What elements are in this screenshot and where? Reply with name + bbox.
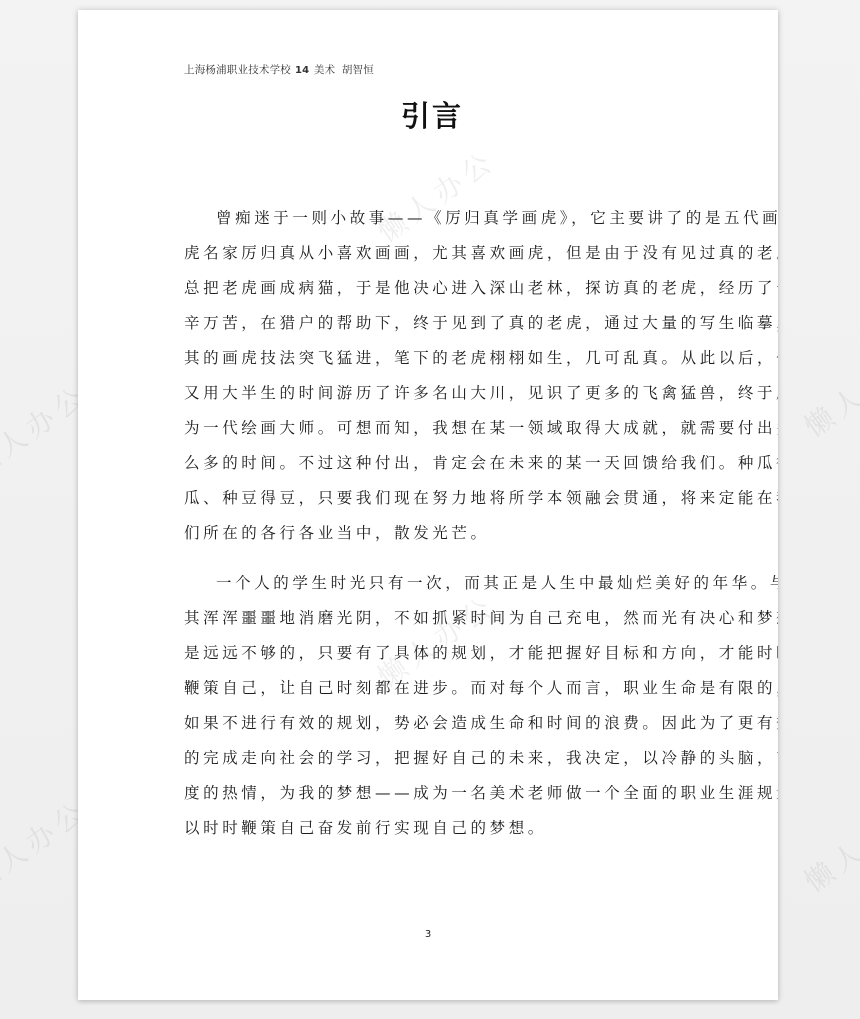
text-line: 是远远不够的，只要有了具体的规划，才能把握好目标和方向，才能时时	[184, 640, 674, 675]
text-line: 鞭策自己，让自己时刻都在进步。而对每个人而言，职业生命是有限的，	[184, 675, 674, 710]
text-line: 的完成走向社会的学习，把握好自己的未来，我决定，以冷静的头脑，高	[184, 745, 674, 780]
header-class-number: 14	[295, 65, 309, 76]
page-number: 3	[78, 929, 778, 940]
text-line: 辛万苦，在猎户的帮助下，终于见到了真的老虎，通过大量的写生临摹，	[184, 310, 674, 345]
text-line: 总把老虎画成病猫，于是他决心进入深山老林，探访真的老虎，经历了千	[184, 275, 674, 310]
watermark: 懒人办公	[796, 790, 860, 901]
text-line: 们所在的各行各业当中，散发光芒。	[184, 520, 674, 555]
header-school: 上海杨浦职业技术学校	[184, 64, 291, 76]
text-line: 以时时鞭策自己奋发前行实现自己的梦想。	[184, 815, 674, 850]
page-title: 引言	[78, 94, 778, 135]
page-header: 上海杨浦职业技术学校14 美术 胡智恒	[184, 62, 374, 77]
document-page: 上海杨浦职业技术学校14 美术 胡智恒 引言 懒人办公 懒人办公 曾痴迷于一则小…	[78, 10, 778, 1000]
text-line: 如果不进行有效的规划，势必会造成生命和时间的浪费。因此为了更有效	[184, 710, 674, 745]
document-body: 曾痴迷于一则小故事——《厉归真学画虎》，它主要讲了的是五代画 虎名家厉归真从小喜…	[184, 205, 674, 850]
header-major: 美术	[314, 64, 335, 76]
text-line: 其的画虎技法突飞猛进，笔下的老虎栩栩如生，几可乱真。从此以后，他	[184, 345, 674, 380]
text-line: 度的热情，为我的梦想——成为一名美术老师做一个全面的职业生涯规划，	[184, 780, 674, 815]
text-line: 为一代绘画大师。可想而知，我想在某一领域取得大成就，就需要付出多	[184, 415, 674, 450]
text-line: 曾痴迷于一则小故事——《厉归真学画虎》，它主要讲了的是五代画	[184, 205, 674, 240]
text-line: 一个人的学生时光只有一次，而其正是人生中最灿烂美好的年华。与	[184, 570, 674, 605]
header-author: 胡智恒	[342, 64, 374, 76]
paragraph: 曾痴迷于一则小故事——《厉归真学画虎》，它主要讲了的是五代画 虎名家厉归真从小喜…	[184, 205, 674, 555]
document-viewer: 懒人办公 懒人办公 懒人办公 懒人办公 上海杨浦职业技术学校14 美术 胡智恒 …	[0, 0, 860, 1019]
text-line: 又用大半生的时间游历了许多名山大川，见识了更多的飞禽猛兽，终于成	[184, 380, 674, 415]
text-line: 瓜、种豆得豆，只要我们现在努力地将所学本领融会贯通，将来定能在我	[184, 485, 674, 520]
text-line: 么多的时间。不过这种付出，肯定会在未来的某一天回馈给我们。种瓜得	[184, 450, 674, 485]
paragraph: 一个人的学生时光只有一次，而其正是人生中最灿烂美好的年华。与 其浑浑噩噩地消磨光…	[184, 570, 674, 850]
watermark: 懒人办公	[796, 335, 860, 446]
text-line: 其浑浑噩噩地消磨光阴，不如抓紧时间为自己充电，然而光有决心和梦想	[184, 605, 674, 640]
text-line: 虎名家厉归真从小喜欢画画，尤其喜欢画虎，但是由于没有见过真的老虎，	[184, 240, 674, 275]
